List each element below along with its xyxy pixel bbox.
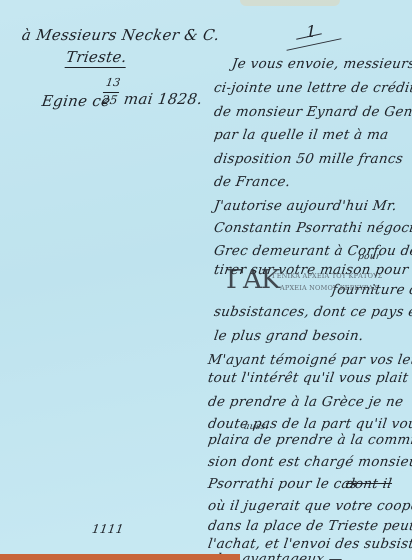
archive-name-line-2: ΑΡΧΕΙΑ ΝΟΜΟΥ ΚΕΡΚΥΡΑΣ xyxy=(280,284,378,292)
body-line: sion dont est chargé monsieur xyxy=(207,454,412,470)
struck-text: dont il xyxy=(345,476,393,492)
body-line: Constantin Psorrathi négociant xyxy=(213,220,412,236)
body-line: de France. xyxy=(213,174,292,190)
body-line: plaira de prendre à la commis- xyxy=(207,432,412,448)
page-number: 1 xyxy=(306,22,326,42)
date-day-old: 13 xyxy=(105,76,121,89)
body-line: par la quelle il met à ma xyxy=(213,127,390,143)
body-line: disposition 50 mille francs xyxy=(213,151,404,167)
tally-mark: 1111 xyxy=(91,522,125,536)
body-line: où il jugerait que votre coopération xyxy=(207,498,412,514)
body-line: Je vous envoie, messieurs, xyxy=(231,56,412,72)
body-line: doute pas de la part qu'il vous xyxy=(207,416,412,432)
body-line: dans la place de Trieste peut rendre xyxy=(207,518,412,534)
body-line: le plus grand besoin. xyxy=(213,328,365,344)
address-line-2: Trieste. xyxy=(65,48,128,68)
body-line: J'autorise aujourd'hui Mr. xyxy=(213,198,398,214)
body-line: Psorrathi pour le cas xyxy=(207,476,358,492)
address-line-1: à Messieurs Necker & C. xyxy=(21,26,221,44)
insertion-aussi: aussi xyxy=(243,422,269,432)
paper-edge-strip xyxy=(0,554,240,560)
body-line: l'achat, et l'envoi des subsistances xyxy=(207,536,412,552)
body-line: ci-jointe une lettre de crédit xyxy=(213,80,412,96)
body-line: tout l'intérêt qu'il vous plait xyxy=(207,370,410,386)
body-line: M'ayant témoigné par vos lettres xyxy=(207,352,412,368)
body-line: subsistances, dont ce pays éprouve xyxy=(213,304,412,320)
body-line: de monsieur Eynard de Genève xyxy=(213,104,412,120)
insertion-pour: pour xyxy=(357,252,381,262)
body-line: de prendre à la Grèce je ne xyxy=(207,394,405,410)
date-day-new: 25 xyxy=(101,92,119,107)
letter-page: à Messieurs Necker & C. Trieste. Egine c… xyxy=(0,0,412,560)
date-month-year: mai 1828. xyxy=(123,90,204,108)
body-line: Grec demeurant à Corfou de xyxy=(213,243,412,259)
archive-name-line-1: ΓΕΝΙΚΑ ΑΡΧΕΙΑ ΤΟΥ ΚΡΑΤΟΥΣ xyxy=(272,272,382,280)
archive-logo: ΓΑΚ xyxy=(226,265,279,295)
paper-stain xyxy=(240,0,340,6)
